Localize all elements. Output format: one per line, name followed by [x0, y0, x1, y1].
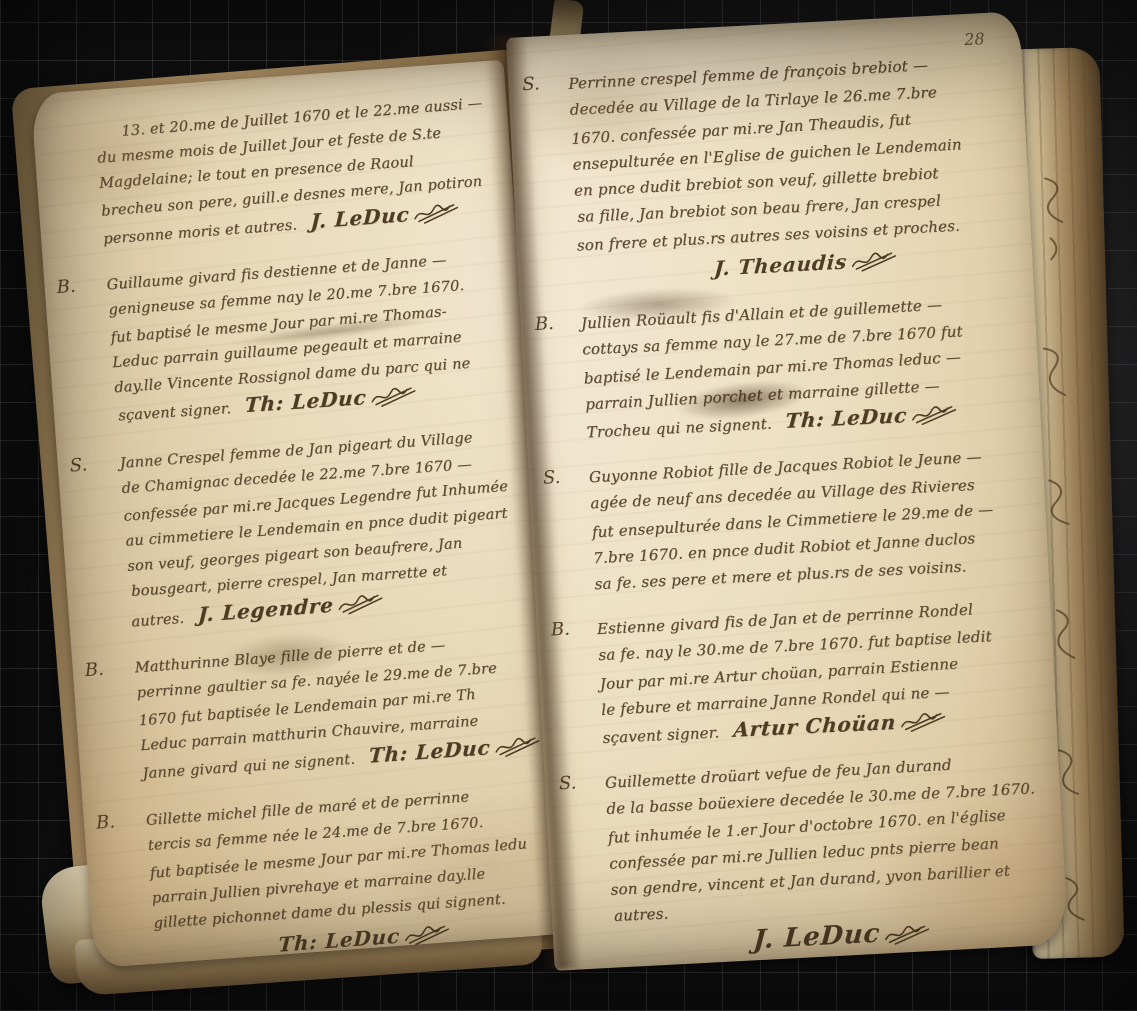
signature-flourish: [413, 201, 460, 224]
margin-letter: S.: [522, 73, 540, 95]
register-entry: S.Janne Crespel femme de Jan pigeart du …: [119, 421, 535, 635]
margin-letter: S.: [558, 772, 576, 794]
manuscript-photo: 13. et 20.me de Juillet 1670 et le 22.me…: [0, 0, 1137, 1011]
signature-text: J. LeDuc: [310, 202, 410, 233]
signature-flourish: [883, 923, 930, 946]
signature-text: J. LeDuc: [752, 919, 881, 956]
signature-flourish: [851, 250, 898, 273]
entry-line-text: autres.: [614, 904, 669, 924]
register-entry: B.Jullien Roüault fis d'Allain et de gui…: [580, 287, 1029, 447]
right-page: 28 S.Perrinne crespel femme de françois …: [506, 11, 1068, 971]
entry-line-text: Janne givard qui ne signent.: [142, 752, 356, 783]
register-entry: S.Guillemette droüart vefue de feu Jan d…: [604, 747, 1056, 967]
register-entry: B.Guillaume givard fis destienne et de J…: [106, 243, 521, 431]
page-number: 28: [964, 29, 985, 49]
signature-text: J. Theaudis: [714, 249, 849, 280]
margin-letter: S.: [542, 467, 560, 489]
signature-flourish: [494, 735, 541, 758]
margin-letter: B.: [95, 811, 115, 833]
left-page-entries: 13. et 20.me de Juillet 1670 et le 22.me…: [95, 90, 560, 968]
signature-flourish: [370, 385, 417, 408]
left-page: 13. et 20.me de Juillet 1670 et le 22.me…: [31, 60, 568, 968]
register-entry: 13. et 20.me de Juillet 1670 et le 22.me…: [95, 90, 508, 252]
entry-line-text: autres.: [131, 611, 185, 631]
margin-letter: B.: [534, 313, 554, 335]
margin-letter: B.: [56, 276, 76, 298]
margin-letter: B.: [84, 659, 104, 681]
signature-flourish: [899, 710, 946, 732]
signature-text: Th: LeDuc: [244, 385, 367, 417]
entry-line-text: sçavent signer.: [118, 401, 232, 424]
signature-text: Artur Choüan: [732, 710, 896, 742]
signature-flourish: [337, 592, 384, 615]
entry-line-text: Trocheu qui ne signent.: [586, 415, 772, 442]
register-entry: S.Guyonne Robiot fille de Jacques Robiot…: [588, 441, 1036, 599]
right-page-entries: S.Perrinne crespel femme de françois bre…: [568, 48, 1056, 967]
signature-flourish: [911, 404, 958, 426]
register-entry: S.Perrinne crespel femme de françois bre…: [568, 48, 1021, 294]
margin-letter: B.: [550, 619, 570, 641]
register-entry: B.Estienne givard fis de Jan et de perri…: [596, 593, 1045, 753]
entry-line-text: sçavent signer.: [602, 723, 720, 747]
margin-letter: S.: [69, 454, 88, 476]
register-entry: B.Matthurinne Blaye fille de pierre et d…: [134, 626, 547, 788]
signature-text: Th: LeDuc: [785, 403, 908, 433]
